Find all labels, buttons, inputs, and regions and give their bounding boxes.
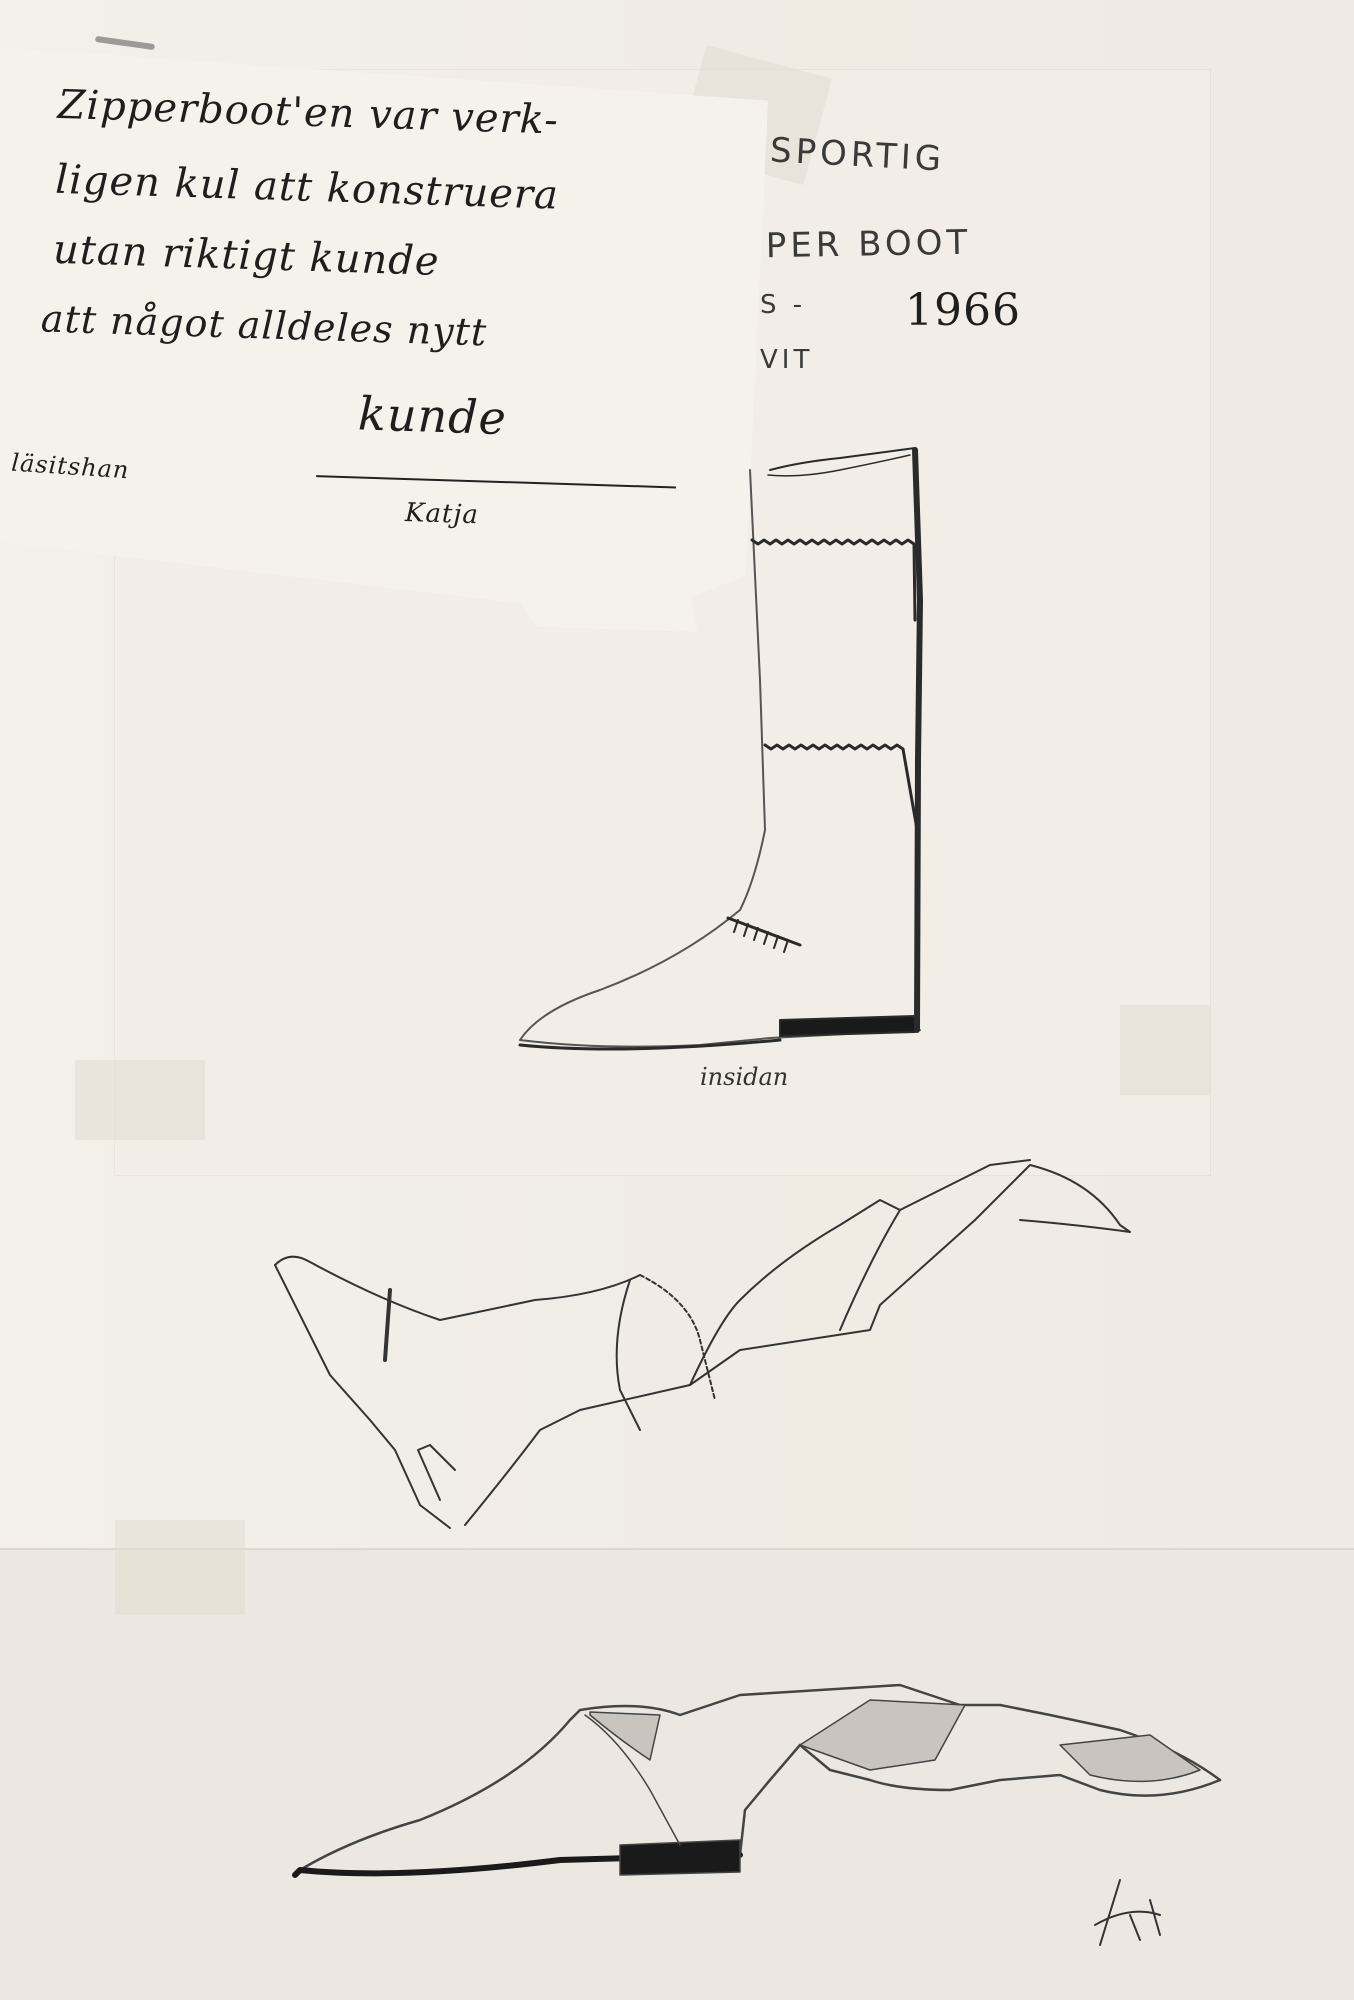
artist-signature-mark bbox=[1095, 1880, 1160, 1945]
middle-boot-sketch bbox=[275, 1160, 1130, 1528]
bottom-boot-sketch bbox=[295, 1685, 1220, 1875]
tall-boot-label: insidan bbox=[700, 1063, 788, 1091]
tall-boot-sketch bbox=[520, 448, 920, 1049]
boot-sketches: insidan bbox=[0, 0, 1354, 2000]
